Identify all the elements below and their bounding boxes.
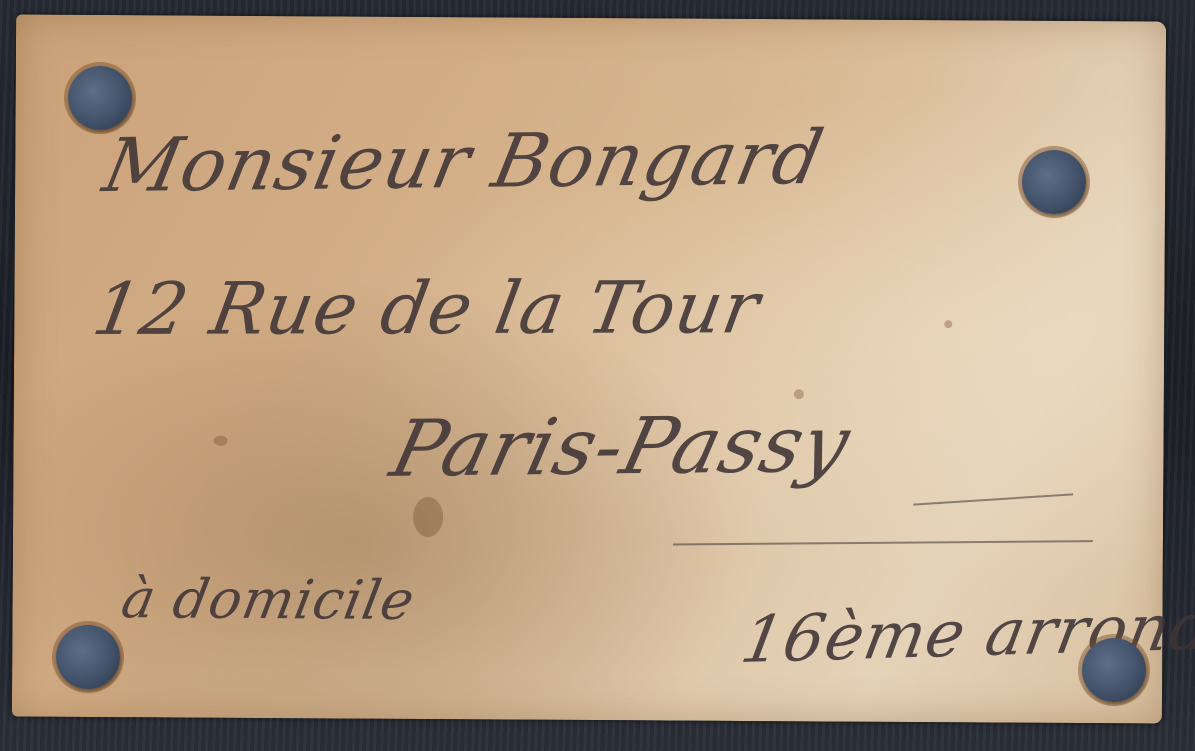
flourish-stroke <box>913 493 1073 505</box>
stain <box>214 436 228 446</box>
street-address: 12 Rue de la Tour <box>87 265 766 351</box>
city: Paris-Passy <box>383 400 859 495</box>
address-label: Monsieur Bongard 12 Rue de la Tour Paris… <box>12 14 1166 723</box>
tack-top-right-icon <box>1022 150 1086 214</box>
tack-bottom-right-icon <box>1082 638 1146 702</box>
stain <box>794 389 804 399</box>
tack-bottom-left-icon <box>56 625 120 689</box>
addressee-name: Monsieur Bongard <box>97 115 831 209</box>
stain <box>413 497 443 537</box>
stain <box>944 320 952 328</box>
underline-stroke <box>673 540 1093 545</box>
tack-top-left-icon <box>68 66 132 130</box>
delivery-note: à domicile <box>117 567 420 632</box>
